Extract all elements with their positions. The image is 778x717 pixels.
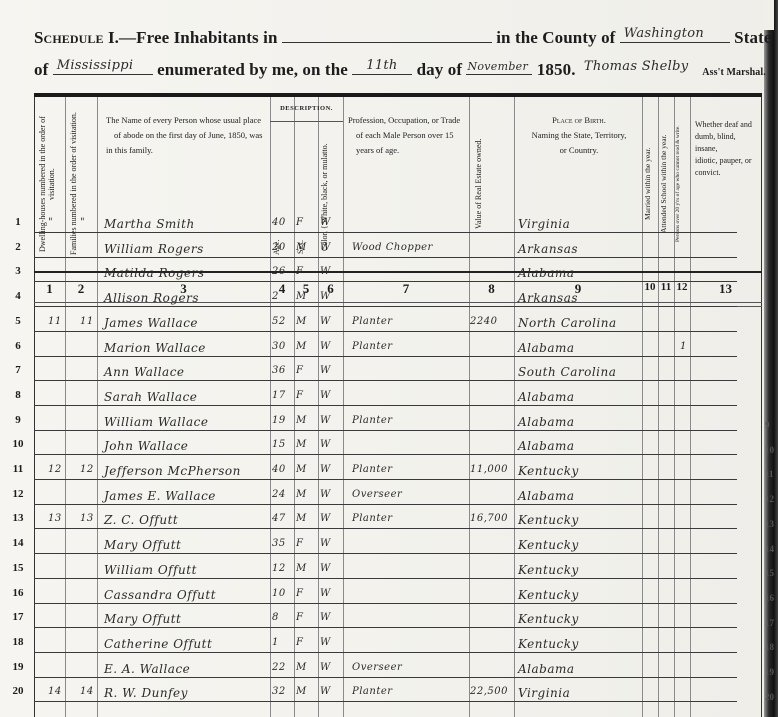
family-number-cell: 14 xyxy=(80,686,94,697)
sex-cell: M xyxy=(296,291,307,302)
sex-cell: F xyxy=(296,637,303,648)
age-cell: 15 xyxy=(272,439,286,450)
birthplace-cell: Kentucky xyxy=(518,612,579,626)
birthplace-cell: Alabama xyxy=(518,662,575,676)
color-cell: W xyxy=(320,489,331,500)
color-cell: W xyxy=(320,217,331,228)
sex-cell: M xyxy=(296,316,307,327)
line-number: 19 xyxy=(10,661,26,673)
birthplace-cell: Alabama xyxy=(518,390,575,404)
age-cell: 26 xyxy=(272,266,286,277)
birthplace-cell: Kentucky xyxy=(518,637,579,651)
row-rule xyxy=(34,652,737,653)
margin-line-number: 20 xyxy=(765,692,774,702)
line-number: 11 xyxy=(10,463,26,475)
row-rule xyxy=(34,281,737,282)
birthplace-cell: Alabama xyxy=(518,439,575,453)
margin-line-number: 15 xyxy=(765,568,774,578)
row-rule xyxy=(34,380,737,381)
month-value: November xyxy=(467,60,528,73)
row-rule xyxy=(34,257,737,258)
person-name-cell: Mary Offutt xyxy=(104,612,181,626)
person-name-cell: William Wallace xyxy=(104,415,208,429)
margin-line-number: 11 xyxy=(765,469,774,479)
sex-cell: F xyxy=(296,217,303,228)
age-cell: 1 xyxy=(272,637,279,648)
color-cell: W xyxy=(320,415,331,426)
margin-line-number: 12 xyxy=(765,494,774,504)
dwelling-number-cell: 14 xyxy=(48,686,62,697)
col8-header: Value of Real Estate owned. xyxy=(474,103,510,265)
real-estate-value-cell: 11,000 xyxy=(470,464,508,475)
row-rule xyxy=(34,479,737,480)
sex-cell: M xyxy=(296,464,307,475)
occupation-cell: Planter xyxy=(352,513,393,524)
person-name-cell: Sarah Wallace xyxy=(104,390,197,404)
color-cell: W xyxy=(320,390,331,401)
margin-line-number: 10 xyxy=(765,445,774,455)
row-rule xyxy=(34,627,737,628)
line-number: 1 xyxy=(10,216,26,228)
age-cell: 22 xyxy=(272,662,286,673)
row-rule xyxy=(34,331,737,332)
col11-header: Attended School within the year. xyxy=(659,103,674,265)
real-estate-value-cell: 22,500 xyxy=(470,686,508,697)
color-cell: W xyxy=(320,464,331,475)
sex-cell: M xyxy=(296,513,307,524)
birthplace-cell: Kentucky xyxy=(518,538,579,552)
birthplace-cell: North Carolina xyxy=(518,316,617,330)
col3-header: The Name of every Person whose usual pla… xyxy=(106,115,266,156)
person-name-cell: R. W. Dunfey xyxy=(104,686,188,700)
row-rule xyxy=(34,677,737,678)
color-cell: W xyxy=(320,662,331,673)
birthplace-cell: Kentucky xyxy=(518,563,579,577)
census-page: Schedule I.—Free Inhabitants in in the C… xyxy=(0,0,778,717)
age-cell: 2 xyxy=(272,291,279,302)
sex-cell: F xyxy=(296,266,303,277)
family-number-cell: 13 xyxy=(80,513,94,524)
color-cell: W xyxy=(320,365,331,376)
col-number-10: 10 xyxy=(642,281,658,293)
occupation-cell: Overseer xyxy=(352,489,402,500)
row-rule xyxy=(34,603,737,604)
birthplace-cell: Virginia xyxy=(518,217,570,231)
sex-cell: F xyxy=(296,390,303,401)
row-rule xyxy=(34,504,737,505)
row-rule xyxy=(34,454,737,455)
line-number: 4 xyxy=(10,290,26,302)
birthplace-cell: Alabama xyxy=(518,415,575,429)
col-number-12: 12 xyxy=(674,281,690,293)
margin-line-number: 18 xyxy=(765,642,774,652)
occupation-cell: Planter xyxy=(352,316,393,327)
sex-cell: F xyxy=(296,538,303,549)
age-cell: 19 xyxy=(272,415,286,426)
occupation-cell: Planter xyxy=(352,686,393,697)
col-number-11: 11 xyxy=(658,281,674,293)
color-cell: W xyxy=(320,341,331,352)
color-cell: W xyxy=(320,242,331,253)
birthplace-cell: Alabama xyxy=(518,266,575,280)
marshal-title: Ass't Marshal. xyxy=(702,67,766,78)
color-cell: W xyxy=(320,538,331,549)
line-number: 17 xyxy=(10,611,26,623)
color-cell: W xyxy=(320,686,331,697)
state-value: Mississippi xyxy=(57,58,134,73)
person-name-cell: Ann Wallace xyxy=(104,365,185,379)
age-cell: 12 xyxy=(272,563,286,574)
day-value: 11th xyxy=(366,58,397,73)
line-number: 9 xyxy=(10,414,26,426)
day-field: 11th xyxy=(352,60,412,75)
birthplace-cell: Kentucky xyxy=(518,513,579,527)
marshal-signature-field: Thomas Shelby xyxy=(580,61,698,75)
color-cell: W xyxy=(320,316,331,327)
state-field: Mississippi xyxy=(53,60,153,75)
color-cell: W xyxy=(320,612,331,623)
line-number: 7 xyxy=(10,364,26,376)
person-name-cell: Mary Offutt xyxy=(104,538,181,552)
color-cell: W xyxy=(320,291,331,302)
person-name-cell: Marion Wallace xyxy=(104,341,206,355)
real-estate-value-cell: 2240 xyxy=(470,316,497,327)
sex-cell: F xyxy=(296,365,303,376)
row-rule xyxy=(34,701,737,702)
inhabitants-location-blank xyxy=(282,28,492,43)
sex-cell: F xyxy=(296,588,303,599)
sex-cell: M xyxy=(296,686,307,697)
sex-cell: M xyxy=(296,489,307,500)
age-cell: 52 xyxy=(272,316,286,327)
margin-line-number: 9 xyxy=(765,420,770,430)
sex-cell: M xyxy=(296,341,307,352)
person-name-cell: James E. Wallace xyxy=(104,489,216,503)
age-cell: 40 xyxy=(272,217,286,228)
col13-header: Whether deaf and dumb, blind, insane, id… xyxy=(695,119,759,179)
row-rule xyxy=(34,430,737,431)
age-cell: 30 xyxy=(272,341,286,352)
col-number-1: 1 xyxy=(34,281,65,297)
col10-header: Married within the year. xyxy=(643,103,658,265)
age-cell: 17 xyxy=(272,390,286,401)
birthplace-cell: Alabama xyxy=(518,489,575,503)
row-rule xyxy=(34,405,737,406)
color-cell: W xyxy=(320,266,331,277)
row-rule xyxy=(34,553,737,554)
month-field: November xyxy=(466,60,532,75)
line-number: 10 xyxy=(10,438,26,450)
line-number: 2 xyxy=(10,241,26,253)
line-number: 13 xyxy=(10,512,26,524)
occupation-cell: Wood Chopper xyxy=(352,242,433,253)
margin-line-number: 16 xyxy=(765,593,774,603)
color-cell: W xyxy=(320,513,331,524)
color-cell: W xyxy=(320,563,331,574)
col-number-13: 13 xyxy=(690,281,761,297)
margin-line-number: 17 xyxy=(765,618,774,628)
dwelling-number-cell: 12 xyxy=(48,464,62,475)
line-number: 8 xyxy=(10,389,26,401)
person-name-cell: Z. C. Offutt xyxy=(104,513,178,527)
person-name-cell: Catherine Offutt xyxy=(104,637,212,651)
person-name-cell: Jefferson McPherson xyxy=(104,464,241,478)
birthplace-cell: South Carolina xyxy=(518,365,616,379)
col7-header: Profession, Occupation, or Trade of each… xyxy=(348,115,466,156)
birthplace-cell: Kentucky xyxy=(518,588,579,602)
birthplace-cell: Arkansas xyxy=(518,242,578,256)
enumeration-line: of Mississippi enumerated by me, on the … xyxy=(34,60,766,80)
col-number-7: 7 xyxy=(343,281,469,297)
margin-line-number: 14 xyxy=(765,544,774,554)
margin-line-number: 13 xyxy=(765,519,774,529)
line-number: 20 xyxy=(10,685,26,697)
birthplace-cell: Kentucky xyxy=(518,464,579,478)
occupation-cell: Overseer xyxy=(352,662,402,673)
schedule-title-line: Schedule I.—Free Inhabitants in in the C… xyxy=(34,28,771,48)
age-cell: 24 xyxy=(272,489,286,500)
margin-line-number: 19 xyxy=(765,667,774,677)
line-number: 14 xyxy=(10,537,26,549)
age-cell: 8 xyxy=(272,612,279,623)
page-binding-edge xyxy=(764,0,778,717)
marshal-signature: Thomas Shelby xyxy=(584,59,688,74)
dwelling-number-cell: 13 xyxy=(48,513,62,524)
sex-cell: M xyxy=(296,242,307,253)
col-number-8: 8 xyxy=(469,281,514,297)
sex-cell: M xyxy=(296,563,307,574)
age-cell: 47 xyxy=(272,513,286,524)
family-number-cell: " xyxy=(80,217,85,228)
line-number: 15 xyxy=(10,562,26,574)
age-cell: 32 xyxy=(272,686,286,697)
schedule-label: Schedule I. xyxy=(34,28,119,47)
occupation-cell: Planter xyxy=(352,341,393,352)
col2-header: Families numbered in the order of visita… xyxy=(69,103,93,265)
row-rule xyxy=(34,356,737,357)
sex-cell: M xyxy=(296,662,307,673)
sex-cell: M xyxy=(296,439,307,450)
line-number: 12 xyxy=(10,488,26,500)
line-number: 18 xyxy=(10,636,26,648)
col9-header: Place of Birth. Naming the State, Territ… xyxy=(520,115,638,156)
birthplace-cell: Alabama xyxy=(518,341,575,355)
person-name-cell: Martha Smith xyxy=(104,217,195,231)
birthplace-cell: Virginia xyxy=(518,686,570,700)
line-number: 3 xyxy=(10,265,26,277)
row-rule xyxy=(34,232,737,233)
person-name-cell: E. A. Wallace xyxy=(104,662,190,676)
person-name-cell: Matilda Rogers xyxy=(104,266,205,280)
age-cell: 36 xyxy=(272,365,286,376)
family-number-cell: 11 xyxy=(80,316,94,327)
color-cell: W xyxy=(320,588,331,599)
line-number: 16 xyxy=(10,587,26,599)
description-group-label: Description. xyxy=(270,103,343,114)
line-number: 6 xyxy=(10,340,26,352)
person-name-cell: William Offutt xyxy=(104,563,197,577)
county-value: Washington xyxy=(624,26,704,41)
birthplace-cell: Arkansas xyxy=(518,291,578,305)
dwelling-number-cell: 11 xyxy=(48,316,62,327)
line-number: 5 xyxy=(10,315,26,327)
person-name-cell: William Rogers xyxy=(104,242,204,256)
color-cell: W xyxy=(320,439,331,450)
person-name-cell: James Wallace xyxy=(104,316,198,330)
family-number-cell: 12 xyxy=(80,464,94,475)
sex-cell: M xyxy=(296,415,307,426)
illiterate-flag-cell: 1 xyxy=(680,341,687,352)
color-cell: W xyxy=(320,637,331,648)
person-name-cell: Cassandra Offutt xyxy=(104,588,216,602)
person-name-cell: Allison Rogers xyxy=(104,291,199,305)
county-field: Washington xyxy=(620,28,730,43)
row-rule xyxy=(34,578,737,579)
row-rule xyxy=(34,306,737,307)
dwelling-number-cell: " xyxy=(48,217,53,228)
occupation-cell: Planter xyxy=(352,415,393,426)
person-name-cell: John Wallace xyxy=(104,439,188,453)
col-number-2: 2 xyxy=(65,281,97,297)
row-rule xyxy=(34,528,737,529)
age-cell: 10 xyxy=(272,588,286,599)
age-cell: 35 xyxy=(272,538,286,549)
age-cell: 20 xyxy=(272,242,286,253)
sex-cell: F xyxy=(296,612,303,623)
real-estate-value-cell: 16,700 xyxy=(470,513,508,524)
col1-header: Dwelling-houses numbered in the order of… xyxy=(38,103,62,265)
col12-header: Persons over 20 y'rs of age who cannot r… xyxy=(675,103,690,265)
age-cell: 40 xyxy=(272,464,286,475)
occupation-cell: Planter xyxy=(352,464,393,475)
